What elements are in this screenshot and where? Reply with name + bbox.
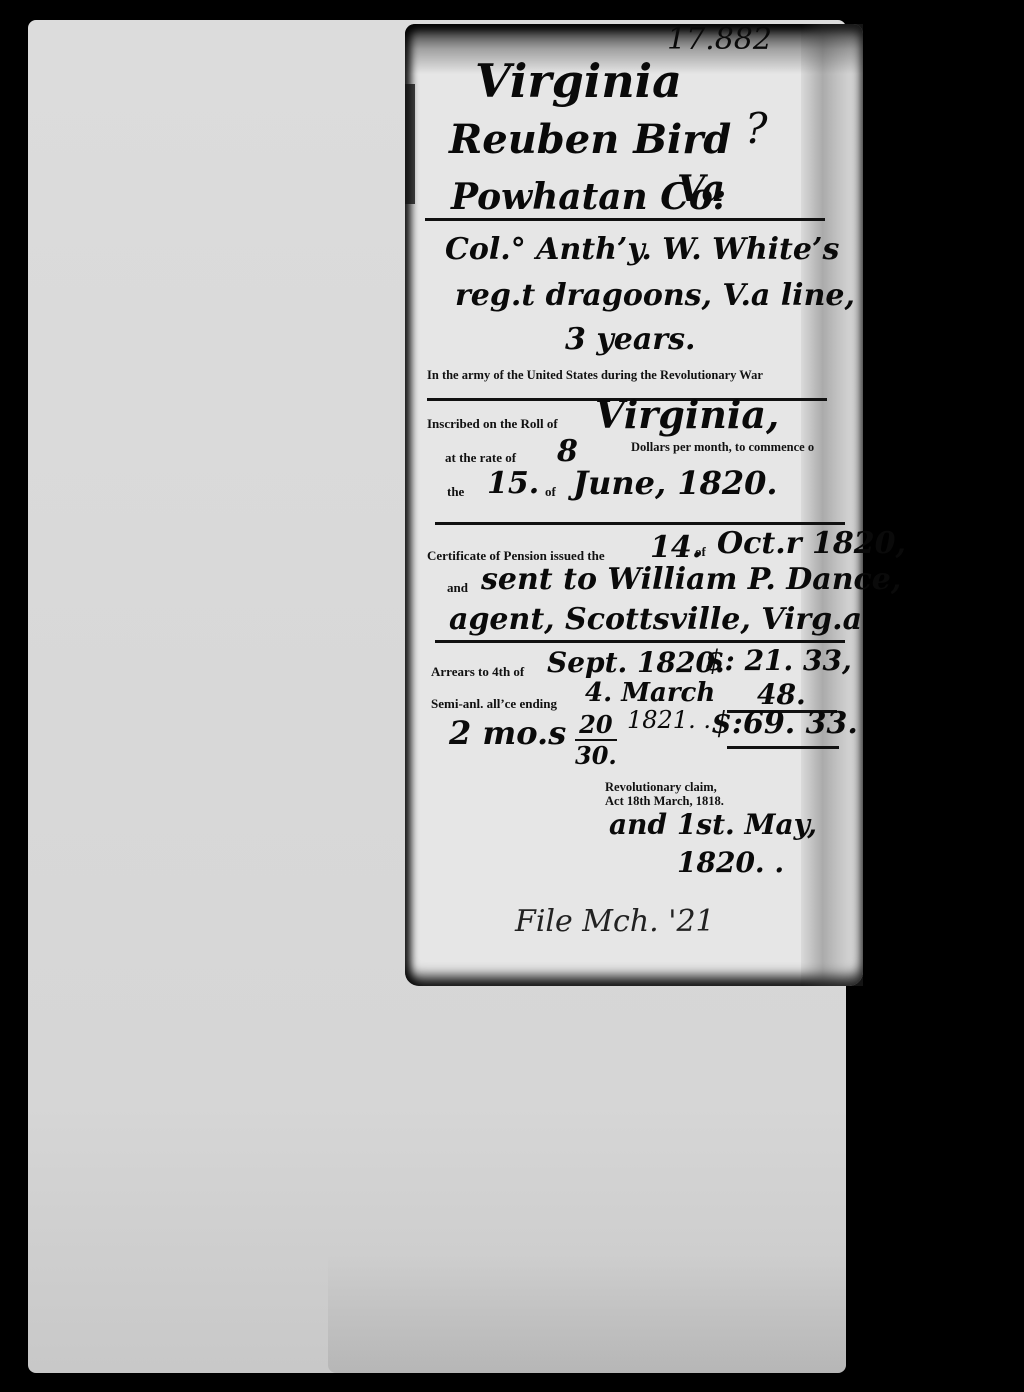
act-line-1: Revolutionary claim, [605, 780, 717, 795]
months-label: 2 mo.s [449, 714, 566, 752]
service-line-1: Col.° Anth’y. W. White’s [445, 232, 839, 267]
pensioner-name: Reuben Bird [449, 116, 731, 163]
commence-day: 15. [487, 466, 539, 501]
file-number: 17.882 [667, 22, 772, 57]
rate-label: at the rate of [445, 450, 516, 466]
act-line-3: and 1st. May, [609, 808, 817, 841]
filed-note: File Mch. '21 [515, 904, 715, 939]
fraction-denominator: 30. [575, 741, 617, 770]
divider [435, 640, 845, 643]
card-left-edge [405, 84, 415, 204]
agent-line: agent, Scottsville, Virg.a [449, 602, 862, 637]
arrears-label: Arrears to 4th of [431, 664, 524, 680]
county-state: Va [677, 168, 725, 210]
total-underline [727, 746, 839, 749]
and-label: and [447, 580, 468, 596]
the-label: the [447, 484, 464, 500]
service-line-2: reg.t dragoons, V.a line, [455, 278, 855, 313]
payment-year: 1821. . [627, 706, 711, 734]
service-printed-line: In the army of the United States during … [427, 368, 763, 383]
dollars-label: Dollars per month, to commence o [631, 440, 814, 455]
arrears-date: Sept. 1820. [547, 646, 725, 679]
act-line-4: 1820. . [677, 846, 784, 879]
of-label: of [545, 484, 556, 500]
name-mark: ? [745, 104, 768, 153]
inscribed-label: Inscribed on the Roll of [427, 416, 558, 432]
fraction-numerator: 20 [575, 710, 617, 741]
arrears-amount: $: 21. 33, [705, 644, 852, 677]
card-fold-strip [801, 24, 863, 986]
state-heading: Virginia [475, 54, 682, 108]
service-line-3: 3 years. [565, 322, 695, 357]
sent-to: sent to William P. Dance, [481, 562, 901, 597]
total-amount: $:69. 33. [711, 706, 858, 741]
months-fraction: 20 30. [575, 710, 617, 770]
semi-annual-date: 4. March [585, 678, 715, 708]
pension-card: 17.882 Virginia Reuben Bird ? Powhatan C… [405, 24, 863, 986]
certificate-of-label: of [695, 544, 706, 560]
page-shading [328, 1253, 846, 1373]
divider [435, 522, 845, 525]
semi-annual-label: Semi-anl. all’ce ending [431, 696, 557, 712]
certificate-month-year: Oct.r 1820, [717, 526, 906, 561]
commence-month-year: June, 1820. [573, 464, 778, 502]
divider [425, 218, 825, 221]
act-line-2: Act 18th March, 1818. [605, 794, 724, 809]
roll-state: Virginia, [595, 392, 779, 437]
